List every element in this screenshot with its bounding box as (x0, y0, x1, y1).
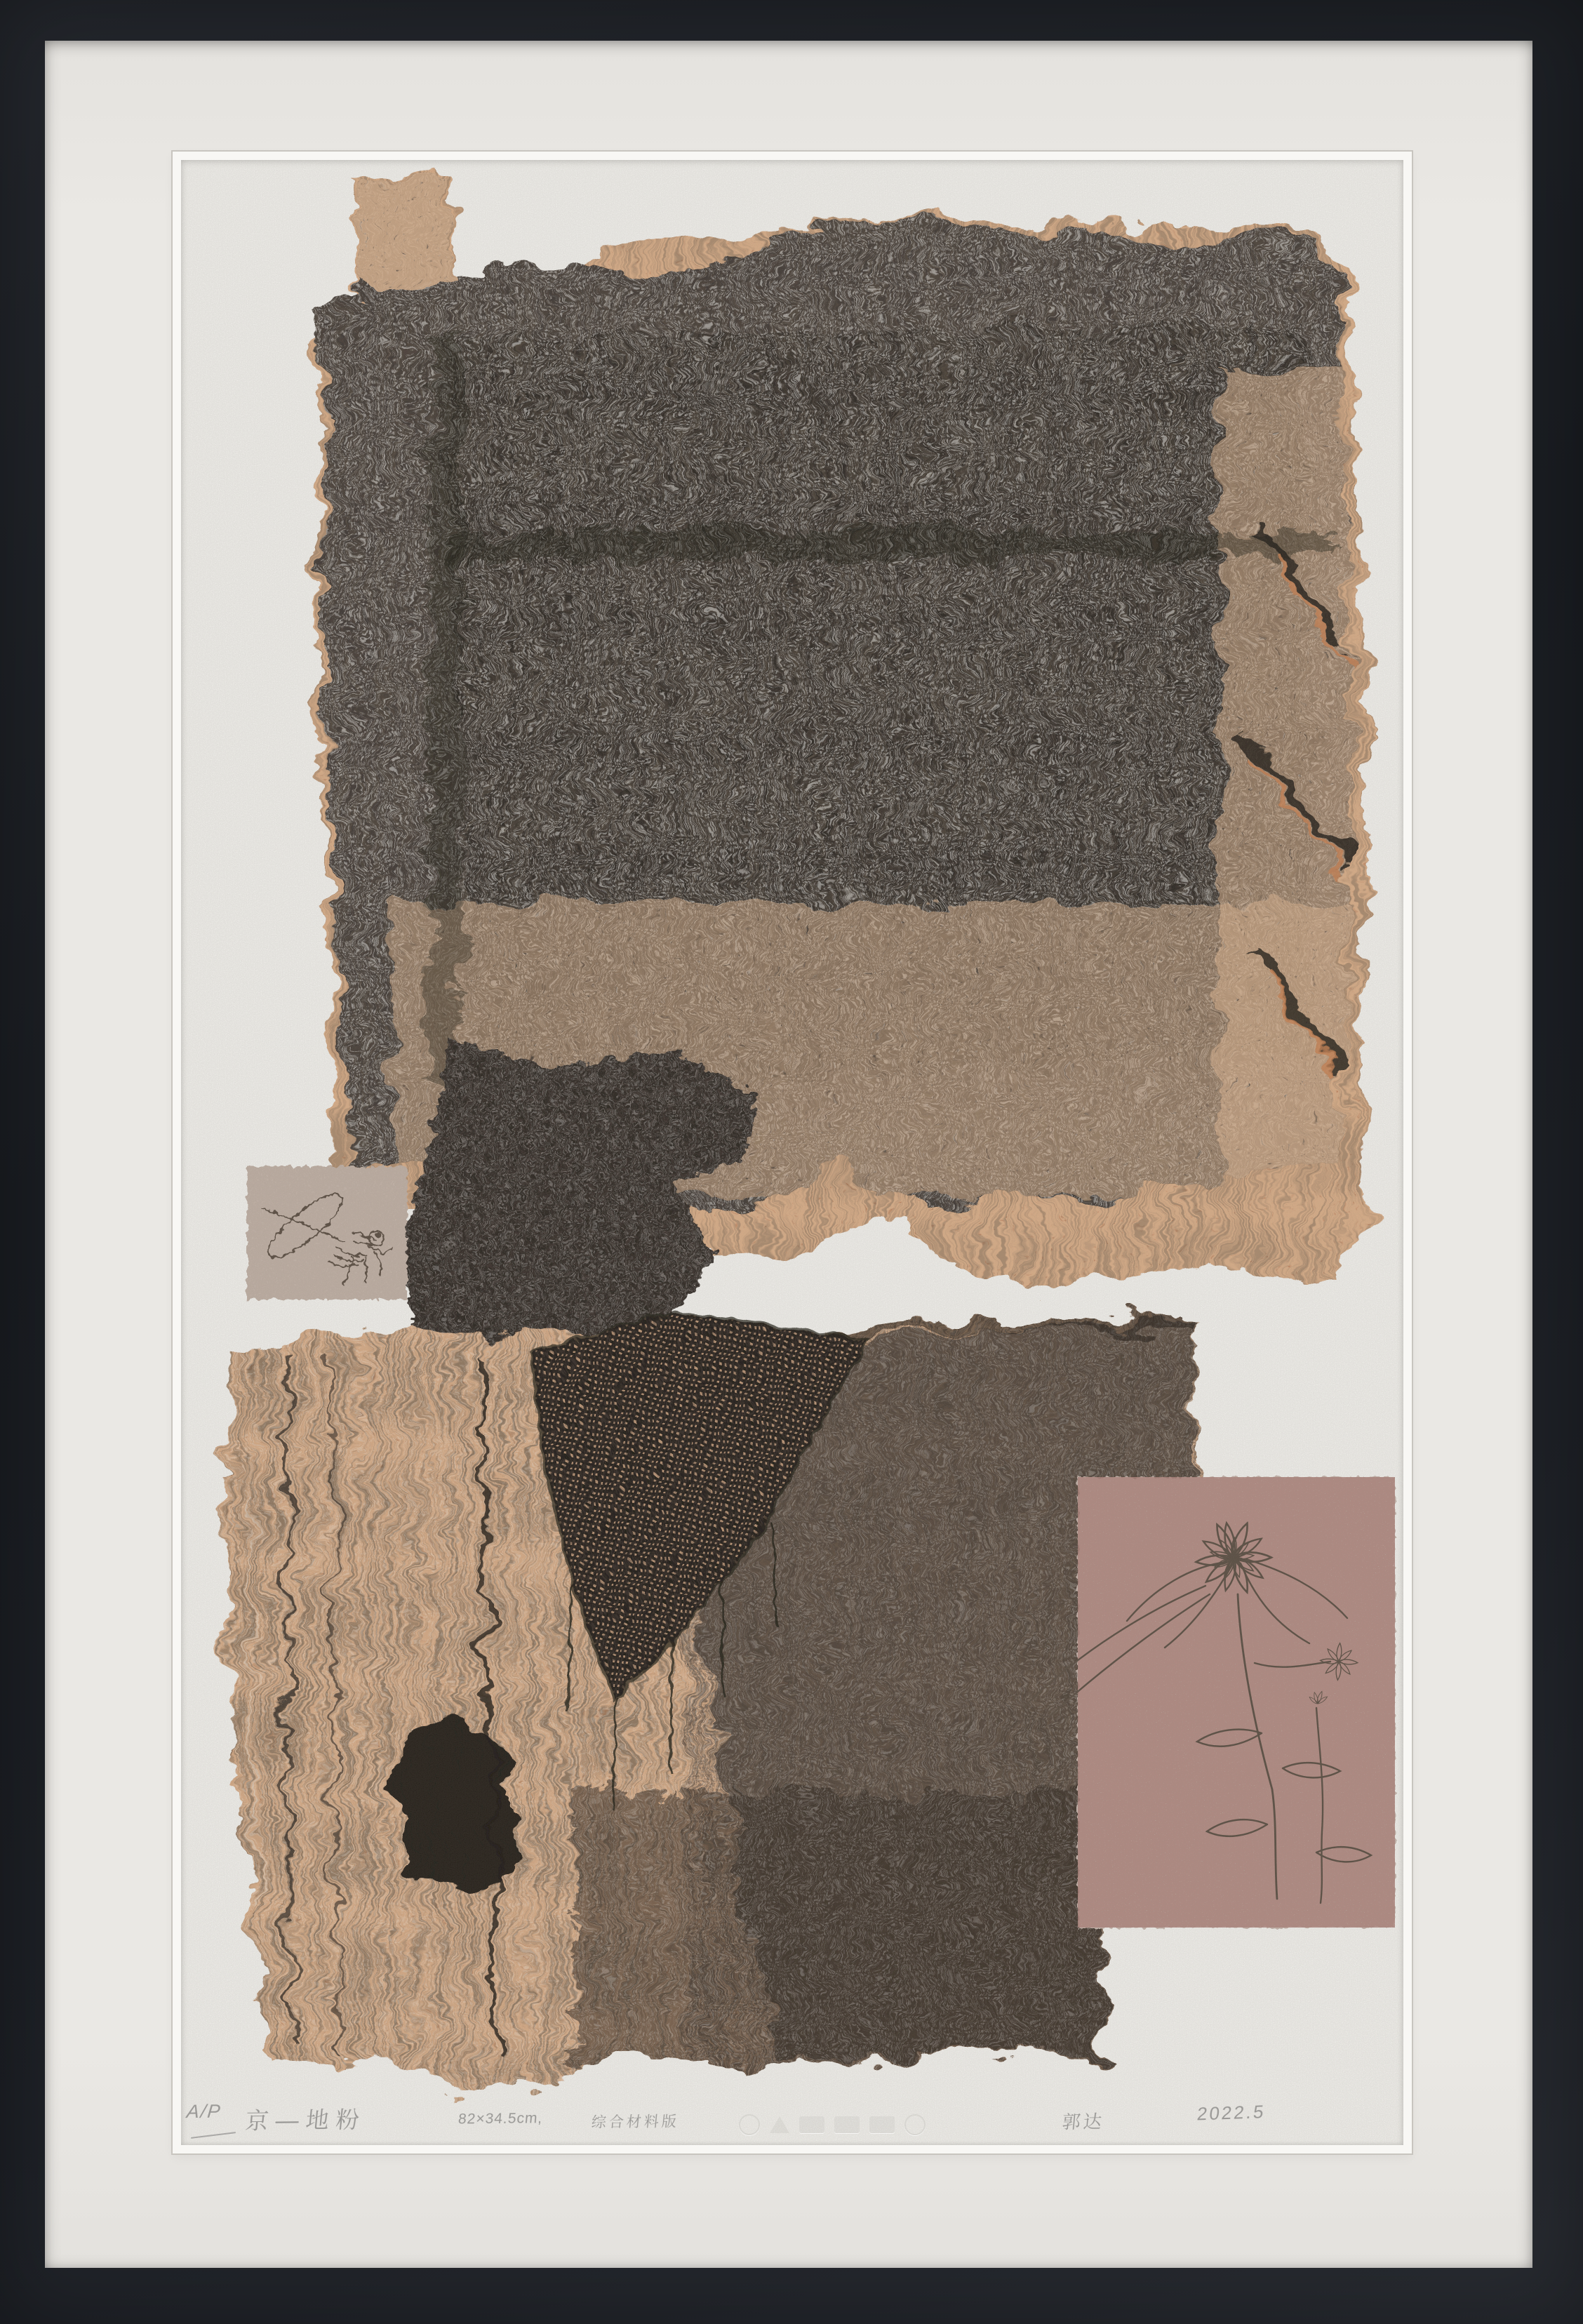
paper-grain (181, 160, 1403, 2145)
mat-board: A/P 京—地粉 82×34.5cm, 综合材料版 郭达 2022.5 (45, 41, 1532, 2268)
emboss-letter-block (834, 2116, 860, 2133)
size-inscription: 82×34.5cm, (457, 2110, 544, 2128)
emboss-letter-block (799, 2116, 824, 2133)
signature-inscription: 郭达 (1061, 2108, 1106, 2135)
date-inscription: 2022.5 (1196, 2101, 1267, 2125)
emboss-circle-icon (904, 2114, 926, 2135)
medium-inscription: 综合材料版 (591, 2110, 681, 2132)
emboss-circle-icon (739, 2114, 760, 2135)
framed-artwork-photo: A/P 京—地粉 82×34.5cm, 综合材料版 郭达 2022.5 (0, 0, 1583, 2324)
edition-inscription: A/P (186, 2101, 222, 2123)
emboss-triangle-icon (770, 2116, 789, 2133)
emboss-letter-block (869, 2116, 895, 2133)
mat-window-artwork-paper: A/P 京—地粉 82×34.5cm, 综合材料版 郭达 2022.5 (181, 160, 1403, 2145)
blind-stamp-emboss (739, 2112, 970, 2137)
title-inscription: 京—地粉 (244, 2102, 368, 2136)
burlap-monoprint (181, 160, 1403, 2145)
